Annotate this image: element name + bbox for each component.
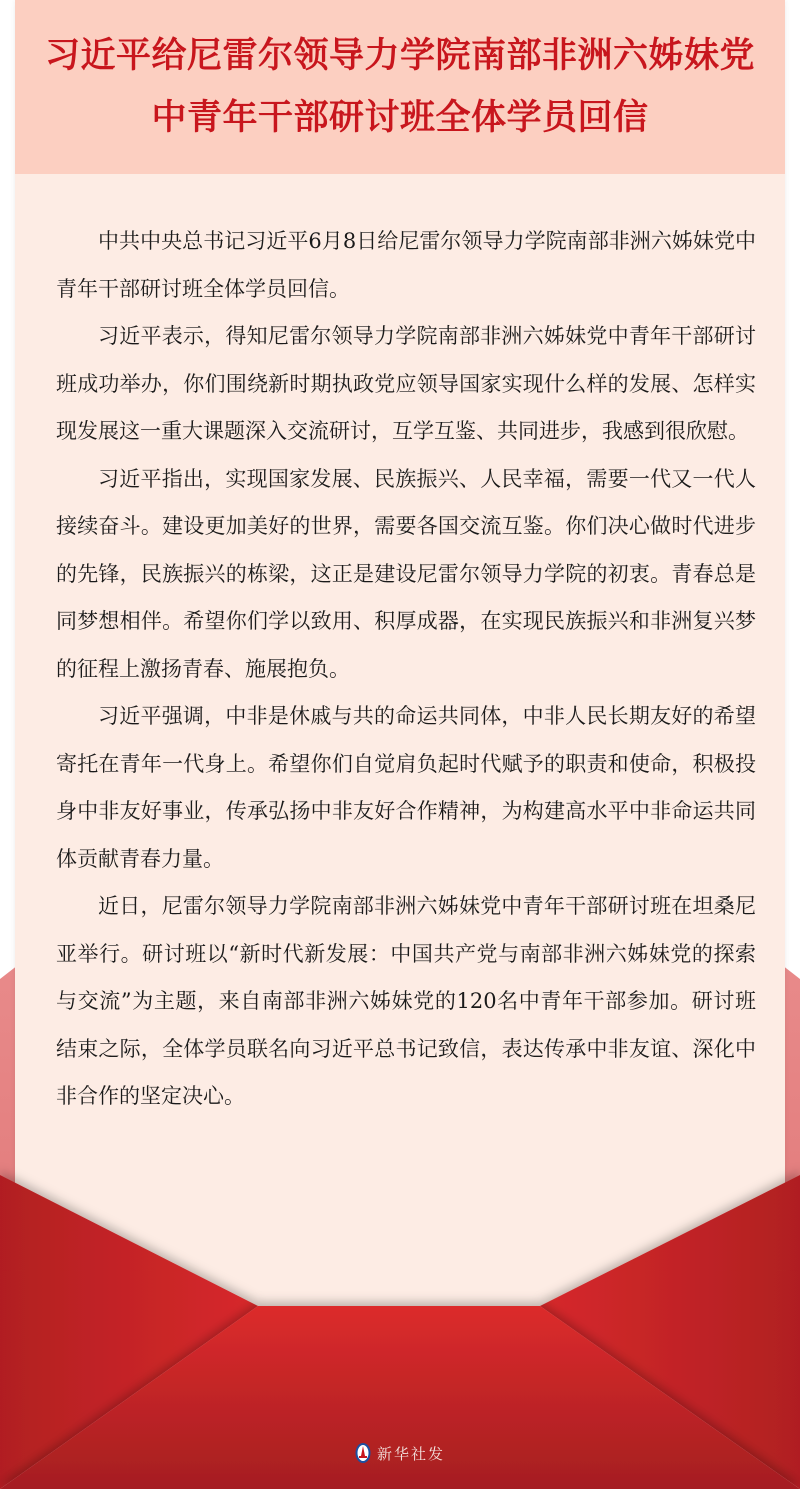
paragraph-3: 习近平指出，实现国家发展、民族振兴、人民幸福，需要一代又一代人接续奋斗。建设更加… <box>56 456 756 694</box>
title-line-1: 习近平给尼雷尔领导力学院南部非洲六姊妹党 <box>45 25 755 87</box>
paragraph-5: 近日，尼雷尔领导力学院南部非洲六姊妹党中青年干部研讨班在坦桑尼亚举行。研讨班以“… <box>56 883 756 1121</box>
footer-credit: 新华社发 <box>0 1442 800 1464</box>
letter-card: 习近平给尼雷尔领导力学院南部非洲六姊妹党 中青年干部研讨班全体学员回信 中共中央… <box>15 0 785 1340</box>
letter-body: 中共中央总书记习近平6月8日给尼雷尔领导力学院南部非洲六姊妹党中青年干部研讨班全… <box>56 218 756 1121</box>
xinhua-logo-icon <box>355 1442 371 1464</box>
title-line-2: 中青年干部研讨班全体学员回信 <box>151 87 648 149</box>
title-banner: 习近平给尼雷尔领导力学院南部非洲六姊妹党 中青年干部研讨班全体学员回信 <box>15 0 785 174</box>
paragraph-1: 中共中央总书记习近平6月8日给尼雷尔领导力学院南部非洲六姊妹党中青年干部研讨班全… <box>56 218 756 313</box>
paragraph-4: 习近平强调，中非是休戚与共的命运共同体，中非人民长期友好的希望寄托在青年一代身上… <box>56 693 756 883</box>
paragraph-2: 习近平表示，得知尼雷尔领导力学院南部非洲六姊妹党中青年干部研讨班成功举办，你们围… <box>56 313 756 456</box>
source-label: 新华社发 <box>377 1443 445 1464</box>
